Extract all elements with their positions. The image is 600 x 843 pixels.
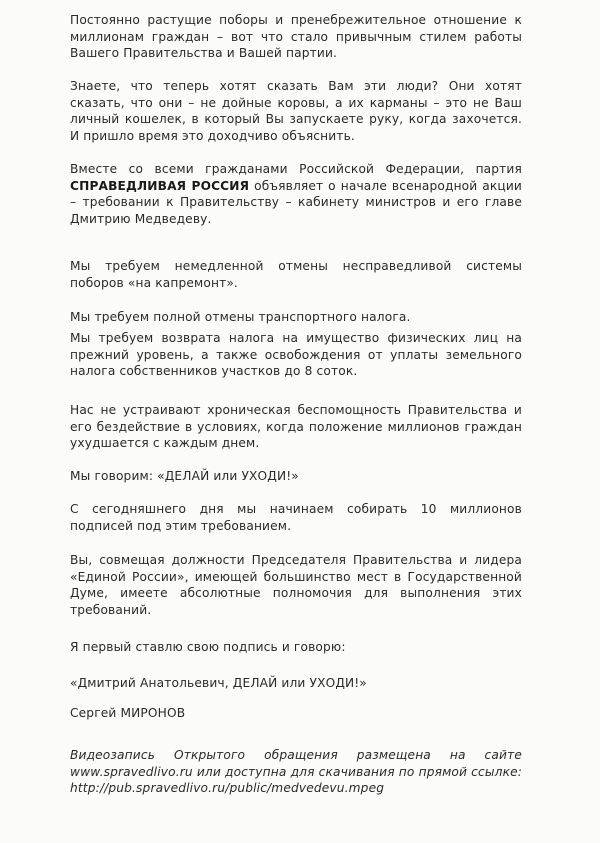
document-page: Постоянно растущие поборы и пренебрежите… bbox=[0, 0, 600, 843]
paragraph-appeal: «Дмитрий Анатольевич, ДЕЛАЙ или УХОДИ!» bbox=[70, 675, 522, 692]
paragraph-slogan: Мы говорим: «ДЕЛАЙ или УХОДИ!» bbox=[70, 468, 522, 485]
paragraph-signature-collection: С сегодняшнего дня мы начинаем собирать … bbox=[70, 501, 522, 534]
party-name: СПРАВЕДЛИВАЯ РОССИЯ bbox=[70, 179, 249, 193]
paragraph-government-inaction: Нас не устраивают хроническая беспомощно… bbox=[70, 402, 522, 452]
video-footnote: Видеозапись Открытого обращения размещен… bbox=[70, 747, 522, 797]
paragraph-campaign-announcement: Вместе со всеми гражданами Российской Фе… bbox=[70, 161, 522, 227]
paragraph-demand-transport-tax: Мы требуем полной отмены транспортного н… bbox=[70, 309, 522, 326]
paragraph-authority: Вы, совмещая должности Председателя Прав… bbox=[70, 552, 522, 618]
announcement-lead: Вместе со всеми гражданами Российской Фе… bbox=[70, 162, 522, 176]
paragraph-first-signature: Я первый ставлю свою подпись и говорю: bbox=[70, 639, 522, 656]
paragraph-intro: Постоянно растущие поборы и пренебрежите… bbox=[70, 12, 522, 62]
paragraph-people-message: Знаете, что теперь хотят сказать Вам эти… bbox=[70, 78, 522, 144]
paragraph-demand-capital-repair: Мы требуем немедленной отмены несправедл… bbox=[70, 258, 522, 291]
paragraph-demand-property-tax: Мы требуем возврата налога на имущество … bbox=[70, 330, 522, 380]
signature-name: Сергей МИРОНОВ bbox=[70, 705, 522, 722]
